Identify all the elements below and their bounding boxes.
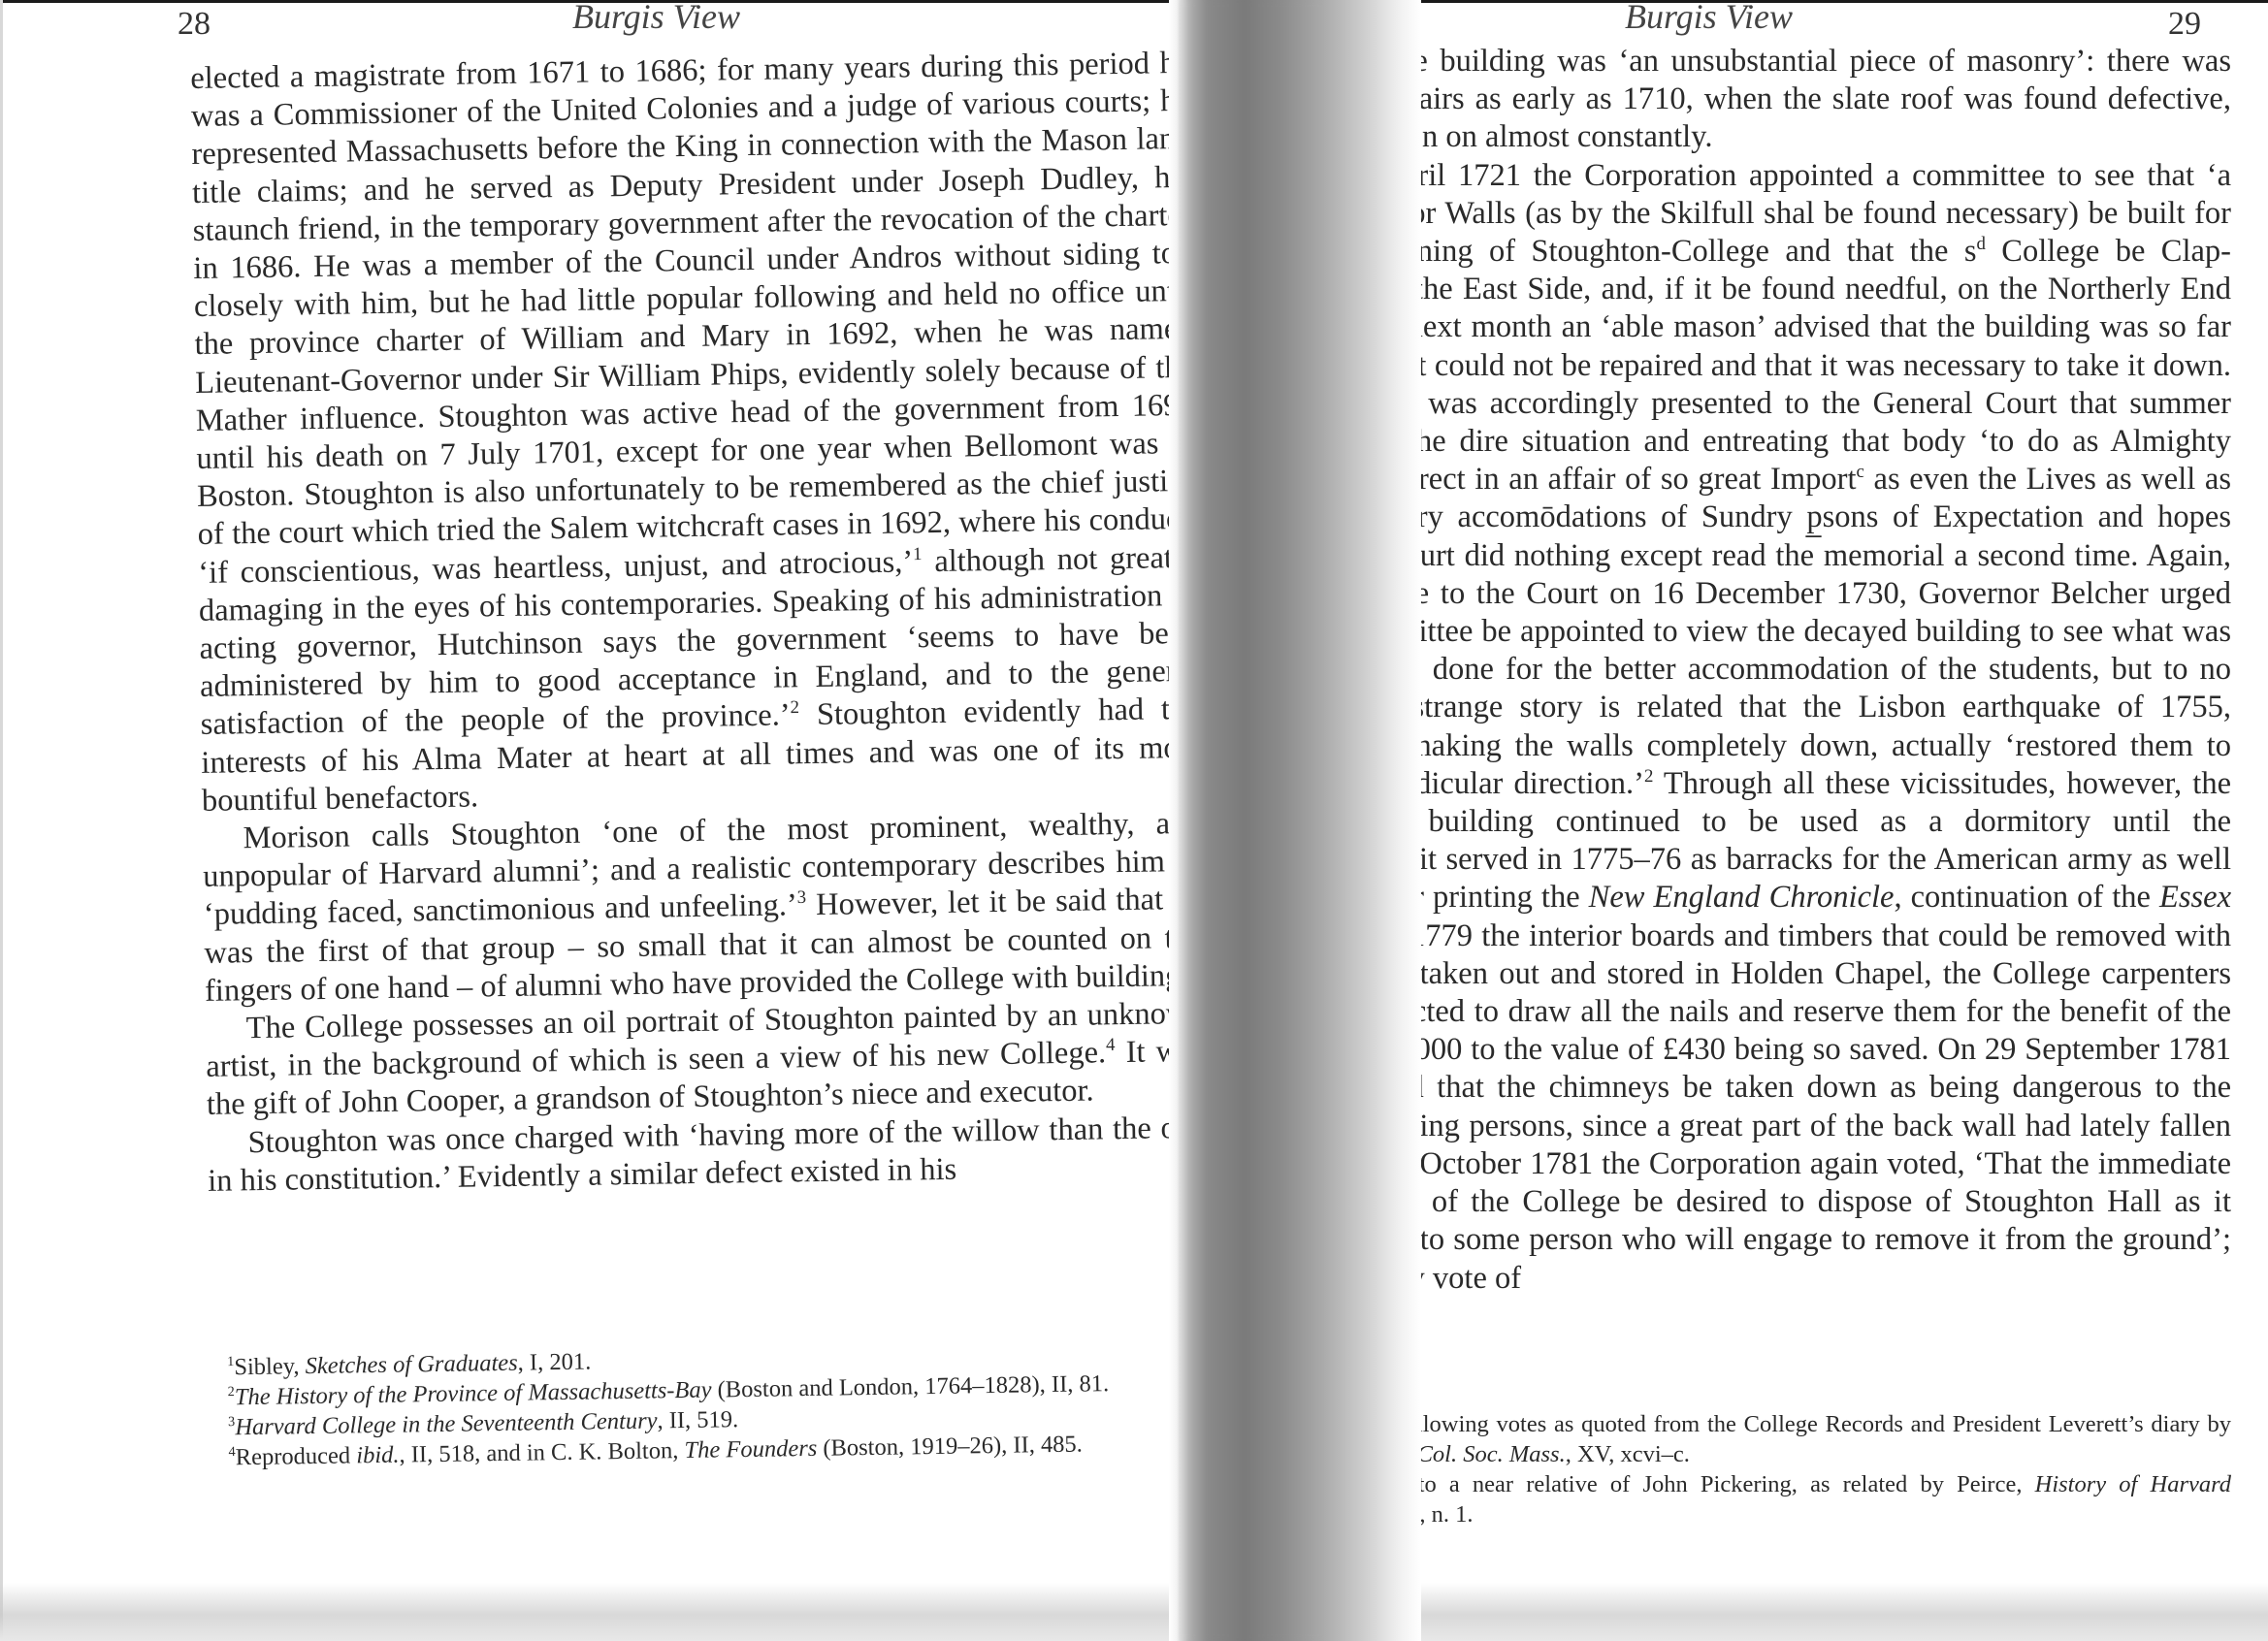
text-run: The College possesses an oil portrait of… (206, 996, 1205, 1084)
text-run: , I, 201. (517, 1349, 591, 1376)
text-run: (Boston and London, 1764–1828), II, 81. (711, 1370, 1109, 1402)
text-run: Sibley, (234, 1353, 306, 1380)
text-run: , XV, xcvi–c. (1566, 1441, 1690, 1467)
footnote-ref: 2 (1644, 766, 1653, 787)
paragraph: The College possesses an oil portrait of… (205, 995, 1206, 1125)
text-run: , continuation of the (1894, 880, 2159, 915)
text-run: , II, 518, and in C. K. Bolton, (399, 1437, 684, 1468)
italic-text: New England Chronicle (1589, 880, 1895, 915)
text-run: (Boston, 1919–26), II, 485. (817, 1432, 1083, 1462)
paragraph: elected a magistrate from 1671 to 1686; … (190, 45, 1201, 820)
book-gutter-shadow (1169, 0, 1421, 1641)
text-run: , II, 519. (657, 1406, 738, 1433)
running-head: Burgis View (1625, 0, 1793, 37)
scan-bottom-edge (0, 1583, 2268, 1641)
italic-text: Sketches of Graduates (305, 1350, 517, 1379)
text-run: Reproduced (236, 1442, 357, 1470)
paragraph: Morison calls Stoughton ‘one of the most… (202, 805, 1204, 1011)
text-run: Stoughton was once charged with ‘having … (208, 1110, 1207, 1198)
italic-text: ibid. (356, 1442, 400, 1469)
body-text: elected a magistrate from 1671 to 1686; … (190, 45, 1207, 1201)
italic-text: Harvard College in the Seventeenth Centu… (235, 1407, 658, 1440)
page-number: 29 (2168, 6, 2201, 43)
footnotes: 1Sibley, Sketches of Graduates, I, 201.2… (190, 1337, 1191, 1473)
text-run: elected a magistrate from 1671 to 1686; … (190, 46, 1197, 591)
running-head: Burgis View (572, 0, 740, 37)
footnote-ref: d (1976, 234, 1985, 254)
italic-text: The Founders (684, 1435, 817, 1464)
left-page: 28 Burgis View elected a magistrate from… (0, 0, 1179, 1641)
footnote-ref: c (1856, 462, 1863, 482)
page-number: 28 (178, 6, 211, 43)
paragraph: Stoughton was once charged with ‘having … (207, 1109, 1207, 1201)
